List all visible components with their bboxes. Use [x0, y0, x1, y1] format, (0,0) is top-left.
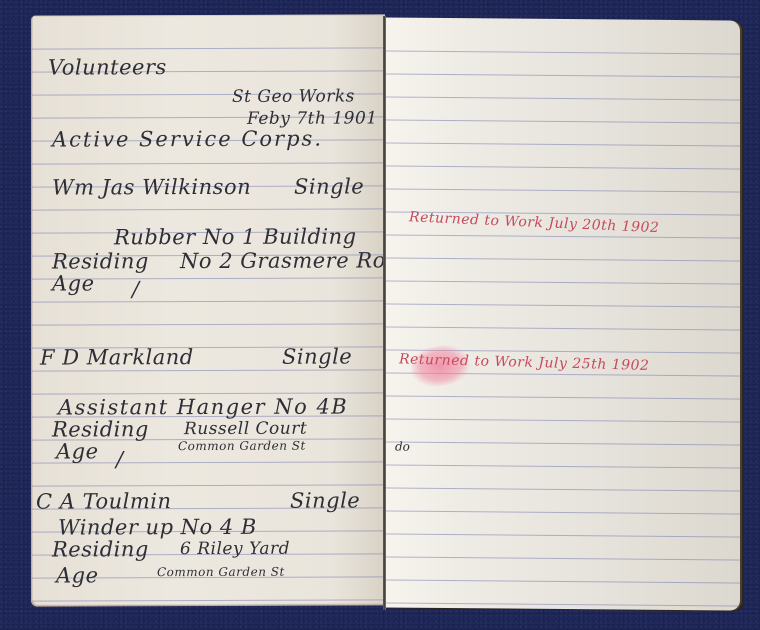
- entry-residing-label: Residing: [52, 537, 149, 561]
- entry-residing-label: Residing: [52, 249, 149, 273]
- entry-age-label: Age: [52, 271, 95, 295]
- notebook: Volunteers St Geo Works Feby 7th 1901 Ac…: [0, 0, 760, 630]
- entry-occupation: Assistant Hanger No 4B: [58, 395, 348, 420]
- right-page: do Returned to Work July 20th 1902 Retur…: [385, 17, 740, 610]
- entry-residing-label: Residing: [52, 417, 149, 441]
- entry-residence-extra: Common Garden St: [157, 565, 285, 579]
- entry-status: Single: [282, 344, 352, 368]
- entry-age-label: Age: [56, 439, 99, 463]
- ditto-mark: do: [395, 440, 410, 454]
- entry-age-value: /: [132, 277, 140, 301]
- entry-name: C A Toulmin: [36, 489, 172, 513]
- entry-name: Wm Jas Wilkinson: [52, 175, 251, 200]
- entry-age-value: /: [116, 447, 124, 471]
- entry-residence-extra: Common Garden St: [178, 439, 306, 453]
- location-text: St Geo Works: [232, 86, 355, 106]
- entry-name: F D Markland: [40, 345, 194, 370]
- entry-occupation: Rubber No 1 Building: [114, 224, 357, 249]
- entry-age-label: Age: [56, 563, 99, 587]
- entry-status: Single: [290, 488, 360, 512]
- book-spine-gutter: [383, 16, 386, 610]
- entry-status: Single: [294, 174, 364, 198]
- entry-residence: No 2 Grasmere Road: [180, 248, 385, 273]
- ruled-lines: [385, 17, 740, 610]
- entry-residence: Russell Court: [184, 419, 307, 439]
- section-heading: Active Service Corps.: [52, 127, 323, 152]
- entry-occupation: Winder up No 4 B: [58, 515, 257, 540]
- entry-residence: 6 Riley Yard: [180, 539, 290, 559]
- left-page: Volunteers St Geo Works Feby 7th 1901 Ac…: [32, 14, 385, 605]
- page-title: Volunteers: [48, 55, 167, 79]
